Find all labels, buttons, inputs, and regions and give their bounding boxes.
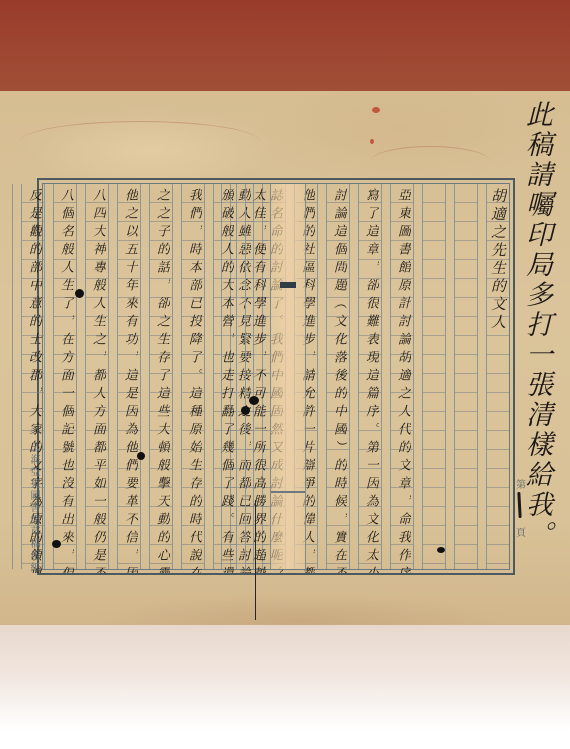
column-text: 之之子的話，卻之生存了這些大頓般擊天動的心靈，大家心甘 <box>152 188 170 573</box>
column-subcells <box>172 184 181 569</box>
ink-blot <box>249 396 259 405</box>
column-cells: 頒破般人的大本營，也走打翻了幾個了踐。有些還是光明上去那里的 <box>213 184 236 569</box>
column-text: 太佳，便有科學進步，不可能一所很高勝界的超越人們，且未 <box>248 188 266 573</box>
column-subcells <box>236 184 245 569</box>
page-label-prefix: 第 <box>516 476 526 491</box>
ink-blot <box>241 406 250 415</box>
water-stain <box>370 146 490 177</box>
column-subcells <box>317 184 326 569</box>
grid-column: 討論這個問題（文化落後的中國）的時候，實在不能說得十分可能 <box>317 184 349 569</box>
column-text: 他之以五十年來有功，這是因為他們要革不信，因此不首用，科學很 <box>120 188 138 573</box>
column-text: 亞東圖書館原計討論胡適之人代的文章，命我作序，我 <box>393 188 411 573</box>
header-band <box>0 0 570 91</box>
page-label-suffix: 頁 <box>516 524 526 539</box>
column-cells: 胡適之先生的文人 <box>486 184 509 569</box>
grid-column: 八個名般人生了，在方面一個記號也沒有出來，但只要自己的前途 <box>44 184 76 569</box>
grid-column <box>445 184 477 569</box>
column-cells: 他之以五十年來有功，這是因為他們要革不信，因此不首用，科學很 <box>117 184 140 569</box>
column-subcells <box>76 184 85 569</box>
red-mark <box>372 107 380 113</box>
insert-line <box>255 500 256 620</box>
column-cells <box>422 184 445 569</box>
grid-column: 胡適之先生的文人 <box>477 184 509 569</box>
grid-column: 太佳，便有科學進步，不可能一所很高勝界的超越人們，且未 <box>236 184 268 569</box>
left-half: 太佳，便有科學進步，不可能一所很高勝界的超越人們，且未 頒破般人的大本營，也走打… <box>43 184 268 569</box>
manuscript-grid: 胡適之先生的文人 亞東圖書館原計討論胡適之人代的文章，命我作序，我 寫了這章，卻… <box>37 178 515 575</box>
grid-column: 頒破般人的大本營，也走打翻了幾個了踐。有些還是光明上去那里的 <box>204 184 236 569</box>
column-subcells <box>349 184 358 569</box>
column-text: 寫了這章，卻很難表現這篇序。第一因為文化太小的中國，所以至才 <box>361 188 379 573</box>
grid-column: 寫了這章，卻很難表現這篇序。第一因為文化太小的中國，所以至才 <box>349 184 381 569</box>
column-cells <box>454 184 477 569</box>
column-text <box>457 188 475 573</box>
column-subcells <box>477 184 486 569</box>
column-cells: 寫了這章，卻很難表現這篇序。第一因為文化太小的中國，所以至才 <box>358 184 381 569</box>
center-fold <box>270 184 306 569</box>
column-subcells <box>44 184 53 569</box>
grid-column: 八四大神專般人生之，都人方面都平如一般仍是不明的保持真，對學很 <box>76 184 108 569</box>
column-cells: 八四大神專般人生之，都人方面都平如一般仍是不明的保持真，對學很 <box>85 184 108 569</box>
column-text: 討論這個問題（文化落後的中國）的時候，實在不能說得十分可能 <box>329 188 347 573</box>
fold-divider <box>271 491 305 493</box>
bottom-fade <box>0 625 570 749</box>
column-text: 我們，時本部已投降了。這種原始生存的時代說在信仰未來的神學 <box>184 188 202 573</box>
column-cells: 我們，時本部已投降了。這種原始生存的時代說在信仰未來的神學 <box>181 184 204 569</box>
column-cells: 之之子的話，卻之生存了這些大頓般擊天動的心靈，大家心甘 <box>149 184 172 569</box>
grid-inner-border: 胡適之先生的文人 亞東圖書館原計討論胡適之人代的文章，命我作序，我 寫了這章，卻… <box>42 183 510 570</box>
grid-column <box>413 184 445 569</box>
column-cells: 太佳，便有科學進步，不可能一所很高勝界的超越人們，且未 <box>245 184 268 569</box>
water-stain <box>20 121 260 162</box>
grid-column: 之之子的話，卻之生存了這些大頓般擊天動的心靈，大家心甘 <box>140 184 172 569</box>
column-cells: 八個名般人生了，在方面一個記號也沒有出來，但只要自己的前途 <box>53 184 76 569</box>
column-subcells <box>12 184 21 569</box>
column-text <box>425 188 443 573</box>
column-subcells <box>445 184 454 569</box>
ink-blot <box>75 289 84 298</box>
column-subcells <box>140 184 149 569</box>
column-subcells <box>413 184 422 569</box>
grid-column: 我們，時本部已投降了。這種原始生存的時代說在信仰未來的神學 <box>172 184 204 569</box>
column-text: 八個名般人生了，在方面一個記號也沒有出來，但只要自己的前途 <box>56 188 74 573</box>
printed-publisher-label: 上海亞東圖書館草稿用紙 <box>26 442 40 574</box>
column-subcells <box>381 184 390 569</box>
column-cells: 亞東圖書館原計討論胡適之人代的文章，命我作序，我 <box>390 184 413 569</box>
grid-column: 亞東圖書館原計討論胡適之人代的文章，命我作序，我 <box>381 184 413 569</box>
ink-blot <box>137 452 145 460</box>
column-cells: 討論這個問題（文化落後的中國）的時候，實在不能說得十分可能 <box>326 184 349 569</box>
ink-blot <box>52 540 61 548</box>
column-subcells <box>204 184 213 569</box>
ink-blot <box>437 547 445 553</box>
column-text: 頒破般人的大本營，也走打翻了幾個了踐。有些還是光明上去那里的 <box>216 188 234 573</box>
red-mark <box>370 139 374 144</box>
column-text: 八四大神專般人生之，都人方面都平如一般仍是不明的保持真，對學很 <box>88 188 106 573</box>
fold-mark <box>280 282 296 288</box>
title: 胡適之先生的文人 <box>489 188 507 573</box>
grid-column: 他之以五十年來有功，這是因為他們要革不信，因此不首用，科學很 <box>108 184 140 569</box>
right-half: 胡適之先生的文人 亞東圖書館原計討論胡適之人代的文章，命我作序，我 寫了這章，卻… <box>294 184 509 569</box>
column-subcells <box>108 184 117 569</box>
